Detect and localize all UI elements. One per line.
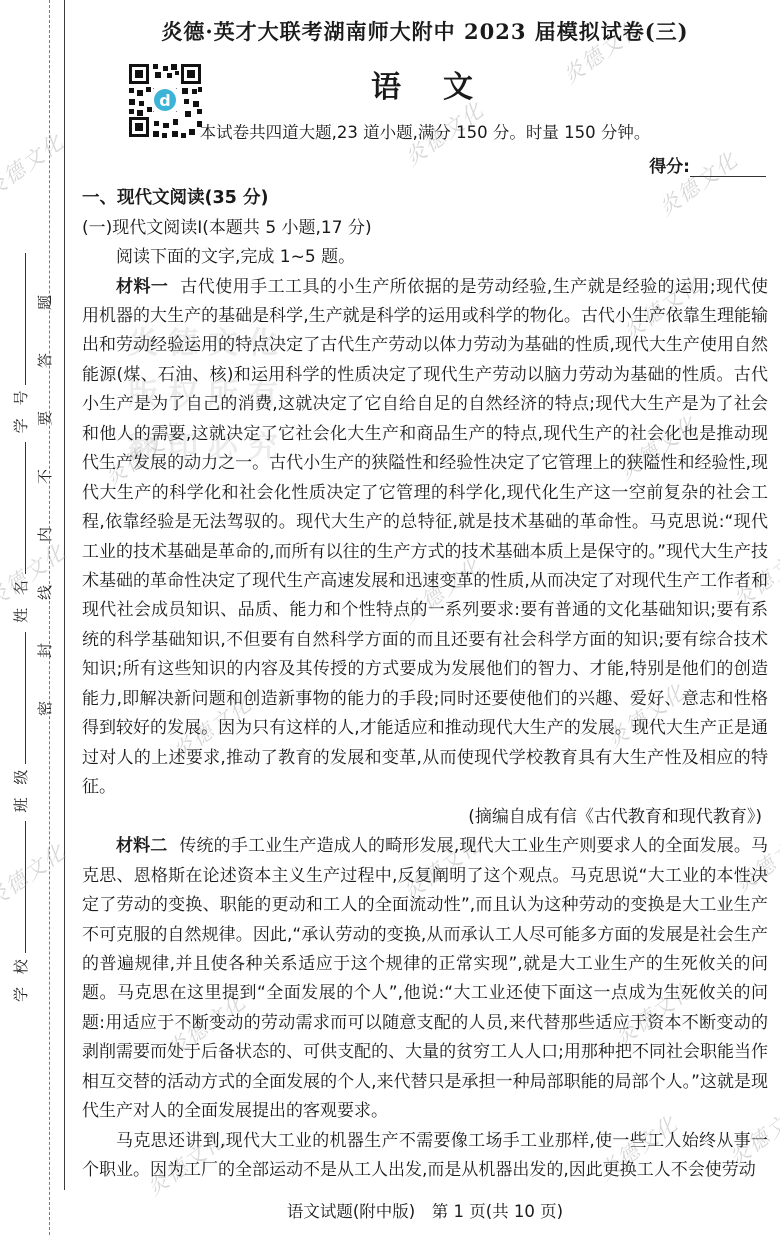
reading-instruction: 阅读下面的文字,完成 1~5 题。 — [82, 243, 768, 273]
section-1-title: 一、现代文阅读(35 分) — [82, 184, 768, 214]
subject-title: 语 文 — [82, 62, 768, 106]
subsection-1-title: (一)现代文阅读Ⅰ(本题共 5 小题,17 分) — [82, 214, 768, 244]
page-content: 炎德·英才大联考湖南师大附中 2023 届模拟试卷(三) 语 文 本试卷共四道大… — [82, 0, 768, 1186]
field-class-blank — [10, 632, 26, 764]
score-row: 得分: — [82, 152, 768, 177]
field-studentid-blank — [10, 253, 26, 385]
material-2-text: 传统的手工业生产造成人的畸形发展,现代大工业生产则要求人的全面发展。马克思、恩格… — [82, 836, 768, 1121]
material-1-paragraph: 材料一古代使用手工工具的小生产所依据的是劳动经验,生产就是经验的运用;现代使用机… — [82, 273, 768, 803]
paper-info: 本试卷共四道大题,23 道小题,满分 150 分。时量 150 分钟。 — [82, 119, 768, 143]
seal-text: 密封线内不要答题 — [34, 252, 55, 716]
student-info-fields: 学 校 班 级 姓 名 学 号 — [10, 249, 31, 1002]
exam-title: 炎德·英才大联考湖南师大附中 2023 届模拟试卷(三) — [82, 16, 768, 46]
field-school-label: 学 校 — [12, 955, 30, 1002]
material-1-text: 古代使用手工工具的小生产所依据的是劳动经验,生产就是经验的运用;现代使用机器的大… — [82, 277, 768, 798]
material-2-paragraph-2: 马克思还讲到,现代大工业的机器生产不需要像工场手工业那样,使一些工人始终从事一个… — [82, 1127, 768, 1186]
material-2-paragraph: 材料二传统的手工业生产造成人的畸形发展,现代大工业生产则要求人的全面发展。马克思… — [82, 832, 768, 1127]
page-footer: 语文试题(附中版) 第 1 页(共 10 页) — [82, 1198, 768, 1222]
field-name-blank — [10, 442, 26, 574]
field-name-label: 姓 名 — [12, 576, 30, 623]
seal-solid-line — [64, 0, 65, 1190]
material-2-label: 材料二 — [116, 836, 167, 856]
material-1-label: 材料一 — [116, 277, 168, 297]
field-studentid-label: 学 号 — [12, 387, 30, 434]
material-1-attribution: (摘编自成有信《古代教育和现代教育》) — [82, 803, 768, 833]
field-class-label: 班 级 — [12, 766, 30, 813]
watermark: 炎德文化 — [0, 126, 70, 204]
score-label: 得分: — [649, 157, 690, 177]
field-school-blank — [10, 821, 26, 953]
score-blank — [690, 159, 766, 177]
